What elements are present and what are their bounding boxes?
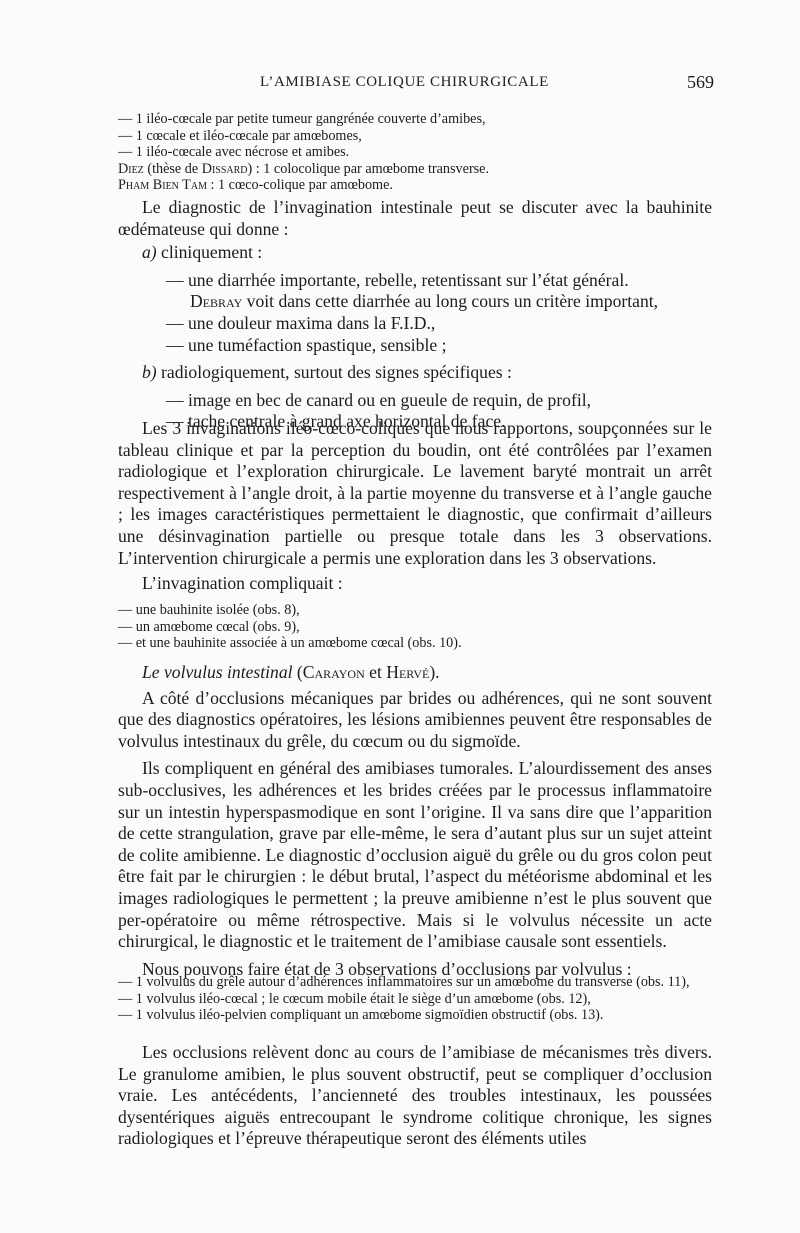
list-item: — image en bec de canard ou en gueule de… [166, 390, 712, 412]
diagnostic-section: Le diagnostic de l’invagination intestin… [118, 197, 712, 433]
list-item-continuation: Debray voit dans cette diarrhée au long … [166, 291, 712, 313]
running-title: L’AMIBIASE COLIQUE CHIRURGICALE [260, 74, 549, 91]
paragraph: Les occlusions relèvent donc au cours de… [118, 1042, 712, 1150]
occlusions-section: Les occlusions relèvent donc au cours de… [118, 1042, 712, 1150]
observations-list: — 1 volvulus du grêle autour d’adhérence… [118, 974, 712, 1024]
list-item: — 1 volvulus iléo-cœcal ; le cœcum mobil… [118, 991, 712, 1008]
paragraph: Les 3 invaginations iléo-cœco-coliques q… [118, 418, 712, 569]
list-item: — un amœbome cœcal (obs. 9), [118, 619, 712, 636]
list-item: — 1 iléo-cœcale avec nécrose et amibes. [118, 144, 712, 161]
list-item: — 1 iléo-cœcale par petite tumeur gangré… [118, 111, 712, 128]
list-item: — 1 volvulus iléo-pelvien compliquant un… [118, 1007, 712, 1024]
clinical-signs-list: — une diarrhée importante, rebelle, rete… [118, 270, 712, 356]
paragraph: L’invagination compliquait : [118, 573, 712, 595]
subsection-b: b) radiologiquement, surtout des signes … [118, 362, 712, 384]
list-item: — une douleur maxima dans la F.I.D., [166, 313, 712, 335]
volvulus-section: Le volvulus intestinal (Carayon et Hervé… [118, 662, 712, 980]
paragraph: Ils compliquent en général des amibiases… [118, 758, 712, 952]
citation-diez: Diez (thèse de Dissard) : 1 colocolique … [118, 161, 712, 178]
list-item: — une tuméfaction spastique, sensible ; [166, 335, 712, 357]
case-list: — 1 iléo-cœcale par petite tumeur gangré… [118, 111, 712, 194]
paragraph: Le diagnostic de l’invagination intestin… [118, 197, 712, 240]
list-item: — 1 volvulus du grêle autour d’adhérence… [118, 974, 712, 991]
invaginations-section: Les 3 invaginations iléo-cœco-coliques q… [118, 418, 712, 595]
paragraph: A côté d’occlusions mécaniques par bride… [118, 688, 712, 753]
section-heading: Le volvulus intestinal (Carayon et Hervé… [118, 662, 712, 684]
subsection-a: a) cliniquement : [118, 242, 712, 264]
page-header: L’AMIBIASE COLIQUE CHIRURGICALE 569 [118, 72, 712, 96]
list-item: — 1 cœcale et iléo-cœcale par amœbomes, [118, 128, 712, 145]
citation-pham: Pham Bien Tam : 1 cœco-colique par amœbo… [118, 177, 712, 194]
list-item: — une bauhinite isolée (obs. 8), [118, 602, 712, 619]
page-number: 569 [687, 72, 714, 93]
complications-list: — une bauhinite isolée (obs. 8), — un am… [118, 602, 712, 652]
list-item: — une diarrhée importante, rebelle, rete… [166, 270, 712, 292]
list-item: — et une bauhinite associée à un amœbome… [118, 635, 712, 652]
